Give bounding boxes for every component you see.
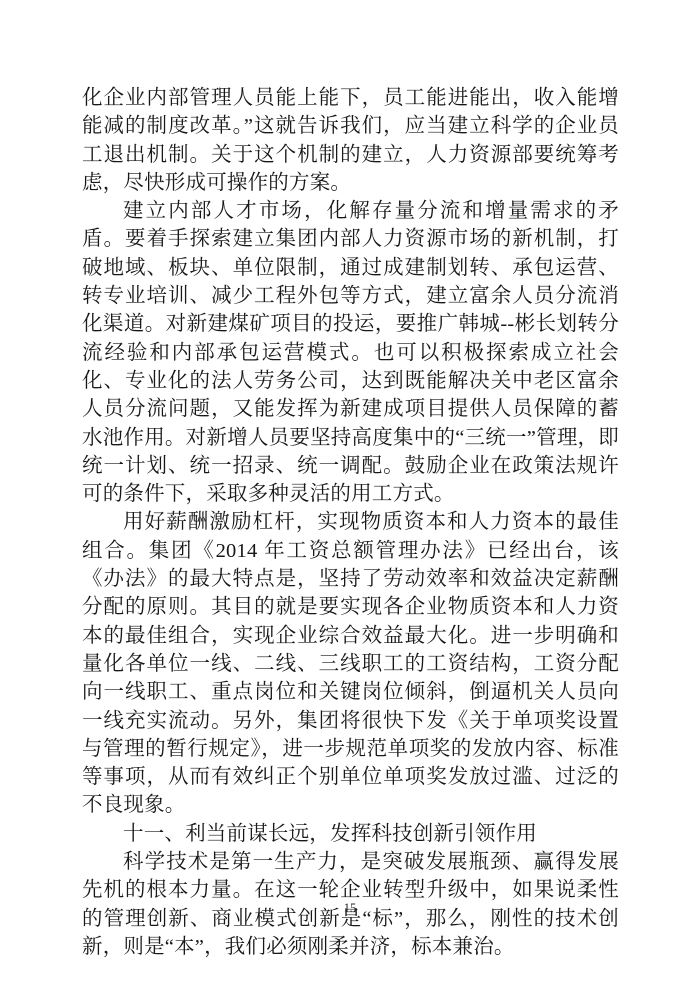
body-paragraph-salary-incentive: 用好薪酬激励杠杆，实现物质资本和人力资本的最佳组合。集团《2014 年工资总额管… [82, 508, 619, 819]
body-paragraph-continuation: 化企业内部管理人员能上能下，员工能进能出，收入能增能减的制度改革。”这就告诉我们… [82, 84, 619, 197]
body-paragraph-internal-talent-market: 建立内部人才市场，化解存量分流和增量需求的矛盾。要着手探索建立集团内部人力资源市… [82, 197, 619, 508]
page-number: 15 [0, 901, 700, 916]
text-block: 化企业内部管理人员能上能下，员工能进能出，收入能增能减的制度改革。”这就告诉我们… [82, 84, 619, 961]
document-page: 化企业内部管理人员能上能下，员工能进能出，收入能增能减的制度改革。”这就告诉我们… [0, 0, 700, 990]
section-heading: 十一、利当前谋长远，发挥科技创新引领作用 [82, 820, 619, 848]
